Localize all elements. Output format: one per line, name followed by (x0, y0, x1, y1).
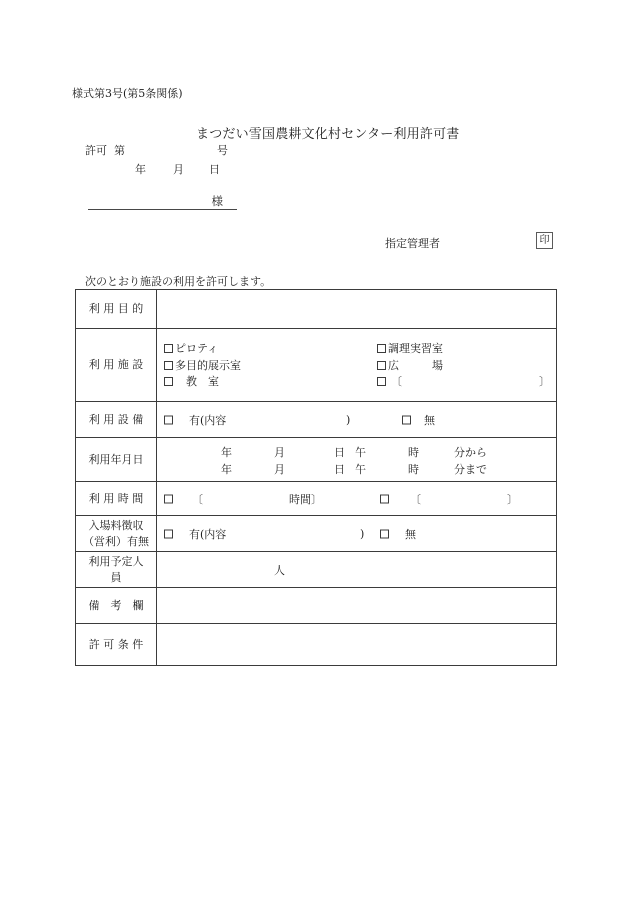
permit-label: 許可 (85, 142, 107, 158)
row-facility-label: 利 用 施 設 (76, 329, 157, 401)
seal-stamp-box: 印 (536, 232, 553, 249)
hours-checkbox-2-icon (380, 494, 389, 503)
close-bracket: 〕 (539, 374, 550, 391)
date-token: 日 (334, 461, 345, 477)
date-token: 分まで (454, 461, 487, 477)
checkbox-classroom-icon (164, 377, 173, 386)
equipment-yes-close-paren: ) (346, 413, 350, 426)
facility-option: 多目的展示室 (164, 358, 241, 375)
equipment-no-label: 無 (424, 412, 435, 428)
row-use-hours: 利 用 時 間 〔 時間〕 〔 〕 (76, 481, 556, 515)
row-facility: 利 用 施 設 ピロティ 多目的展示室 教 室 調理実習室 広 場 〔 〕 (76, 328, 556, 401)
checkbox-pilotis-icon (164, 344, 173, 353)
row-equipment: 利 用 設 備 有(内容 ) 無 (76, 401, 556, 437)
date-token: 午 (355, 444, 366, 460)
admission-checkbox-no-icon (380, 529, 389, 538)
document-title: まつだい雪国農耕文化村センター利用許可書 (196, 123, 459, 142)
intro-text: 次のとおり施設の利用を許可します。 (85, 273, 271, 289)
admission-fee-cell: 有(内容 ) 無 (157, 516, 556, 551)
admission-yes-close-paren: ) (360, 527, 364, 540)
facility-option-other: 〔 〕 (377, 374, 550, 391)
permit-counter-prefix: 第 (114, 142, 125, 158)
open-bracket: 〔 (192, 491, 203, 507)
open-bracket: 〔 (410, 491, 421, 507)
row-expected-attendance-label: 利用予定人 員 (76, 552, 157, 587)
facility-option-label: 広 場 (388, 359, 443, 372)
row-equipment-label: 利 用 設 備 (76, 402, 157, 437)
row-conditions: 許 可 条 件 (76, 623, 556, 665)
close-bracket: 〕 (507, 491, 518, 507)
row-use-hours-label: 利 用 時 間 (76, 482, 157, 515)
row-purpose: 利 用 目 的 (76, 290, 556, 328)
checkbox-other-facility-icon (377, 377, 386, 386)
facility-option: 調理実習室 (377, 341, 550, 358)
equipment-checkbox-yes-icon (164, 415, 173, 424)
row-use-date-label: 利用年月日 (76, 438, 157, 481)
hours-checkbox-1-icon (164, 494, 173, 503)
equipment-options-cell: 有(内容 ) 無 (157, 402, 556, 437)
equipment-yes-label: 有(内容 (189, 412, 226, 428)
equipment-checkbox-no-icon (402, 415, 411, 424)
facility-option-label: 調理実習室 (388, 342, 443, 355)
use-date-from-line: 年 月 日 午 時 分から (157, 444, 556, 461)
row-conditions-label: 許 可 条 件 (76, 624, 157, 665)
row-remarks-label: 備 考 欄 (76, 588, 157, 623)
permit-counter-suffix: 号 (217, 142, 228, 158)
expected-attendance-cell: 人 (157, 552, 556, 587)
date-token: 時 (408, 461, 419, 477)
row-purpose-label: 利 用 目 的 (76, 290, 157, 328)
facility-option-label: ピロティ (175, 342, 218, 355)
date-token: 午 (355, 461, 366, 477)
day-label: 日 (209, 161, 220, 177)
attendance-unit-label: 人 (274, 562, 285, 578)
addressee-honorific: 様 (212, 194, 224, 208)
facility-options-right: 調理実習室 広 場 〔 〕 (377, 341, 550, 391)
facility-option: 教 室 (164, 374, 241, 391)
row-expected-attendance: 利用予定人 員 人 (76, 551, 556, 587)
facility-option-label: 教 室 (175, 375, 219, 388)
hours-unit-close: 時間〕 (289, 491, 322, 507)
row-admission-fee: 入場料徴収 （営利）有無 有(内容 ) 無 (76, 515, 556, 551)
date-token: 年 (221, 461, 232, 477)
row-use-date: 利用年月日 年 月 日 午 時 分から 年 月 日 午 時 分まで (76, 437, 556, 481)
addressee-underline: 様 (88, 192, 237, 210)
permit-table: 利 用 目 的 利 用 施 設 ピロティ 多目的展示室 教 室 調理実習室 広 … (75, 289, 557, 666)
admission-no-label: 無 (405, 526, 416, 542)
facility-option: ピロティ (164, 341, 241, 358)
date-token: 日 (334, 444, 345, 460)
checkbox-plaza-icon (377, 361, 386, 370)
facility-options-cell: ピロティ 多目的展示室 教 室 調理実習室 広 場 〔 〕 (157, 329, 556, 401)
date-token: 分から (454, 444, 487, 460)
date-token: 年 (221, 444, 232, 460)
year-label: 年 (135, 161, 146, 177)
use-date-to-line: 年 月 日 午 時 分まで (157, 461, 556, 478)
date-token: 月 (274, 444, 285, 460)
date-token: 月 (274, 461, 285, 477)
open-bracket: 〔 (391, 375, 402, 388)
seal-label: 印 (540, 235, 550, 246)
facility-option-label: 多目的展示室 (175, 359, 241, 372)
facility-option: 広 場 (377, 358, 550, 375)
admission-yes-label: 有(内容 (189, 526, 226, 542)
document-page: 様式第3号(第5条関係) まつだい雪国農耕文化村センター利用許可書 許可 第 号… (0, 0, 630, 915)
facility-other-open-group: 〔 (377, 374, 402, 391)
use-date-cell: 年 月 日 午 時 分から 年 月 日 午 時 分まで (157, 438, 556, 481)
designated-manager-label: 指定管理者 (385, 235, 440, 251)
row-admission-fee-label: 入場料徴収 （営利）有無 (76, 516, 157, 551)
remarks-cell (157, 588, 556, 623)
use-hours-cell: 〔 時間〕 〔 〕 (157, 482, 556, 515)
checkbox-cooking-room-icon (377, 344, 386, 353)
form-number: 様式第3号(第5条関係) (72, 85, 183, 101)
facility-options-left: ピロティ 多目的展示室 教 室 (164, 341, 241, 391)
conditions-cell (157, 624, 556, 665)
month-label: 月 (173, 161, 184, 177)
admission-checkbox-yes-icon (164, 529, 173, 538)
checkbox-exhibition-room-icon (164, 361, 173, 370)
date-token: 時 (408, 444, 419, 460)
row-purpose-value-cell (157, 290, 556, 328)
row-remarks: 備 考 欄 (76, 587, 556, 623)
